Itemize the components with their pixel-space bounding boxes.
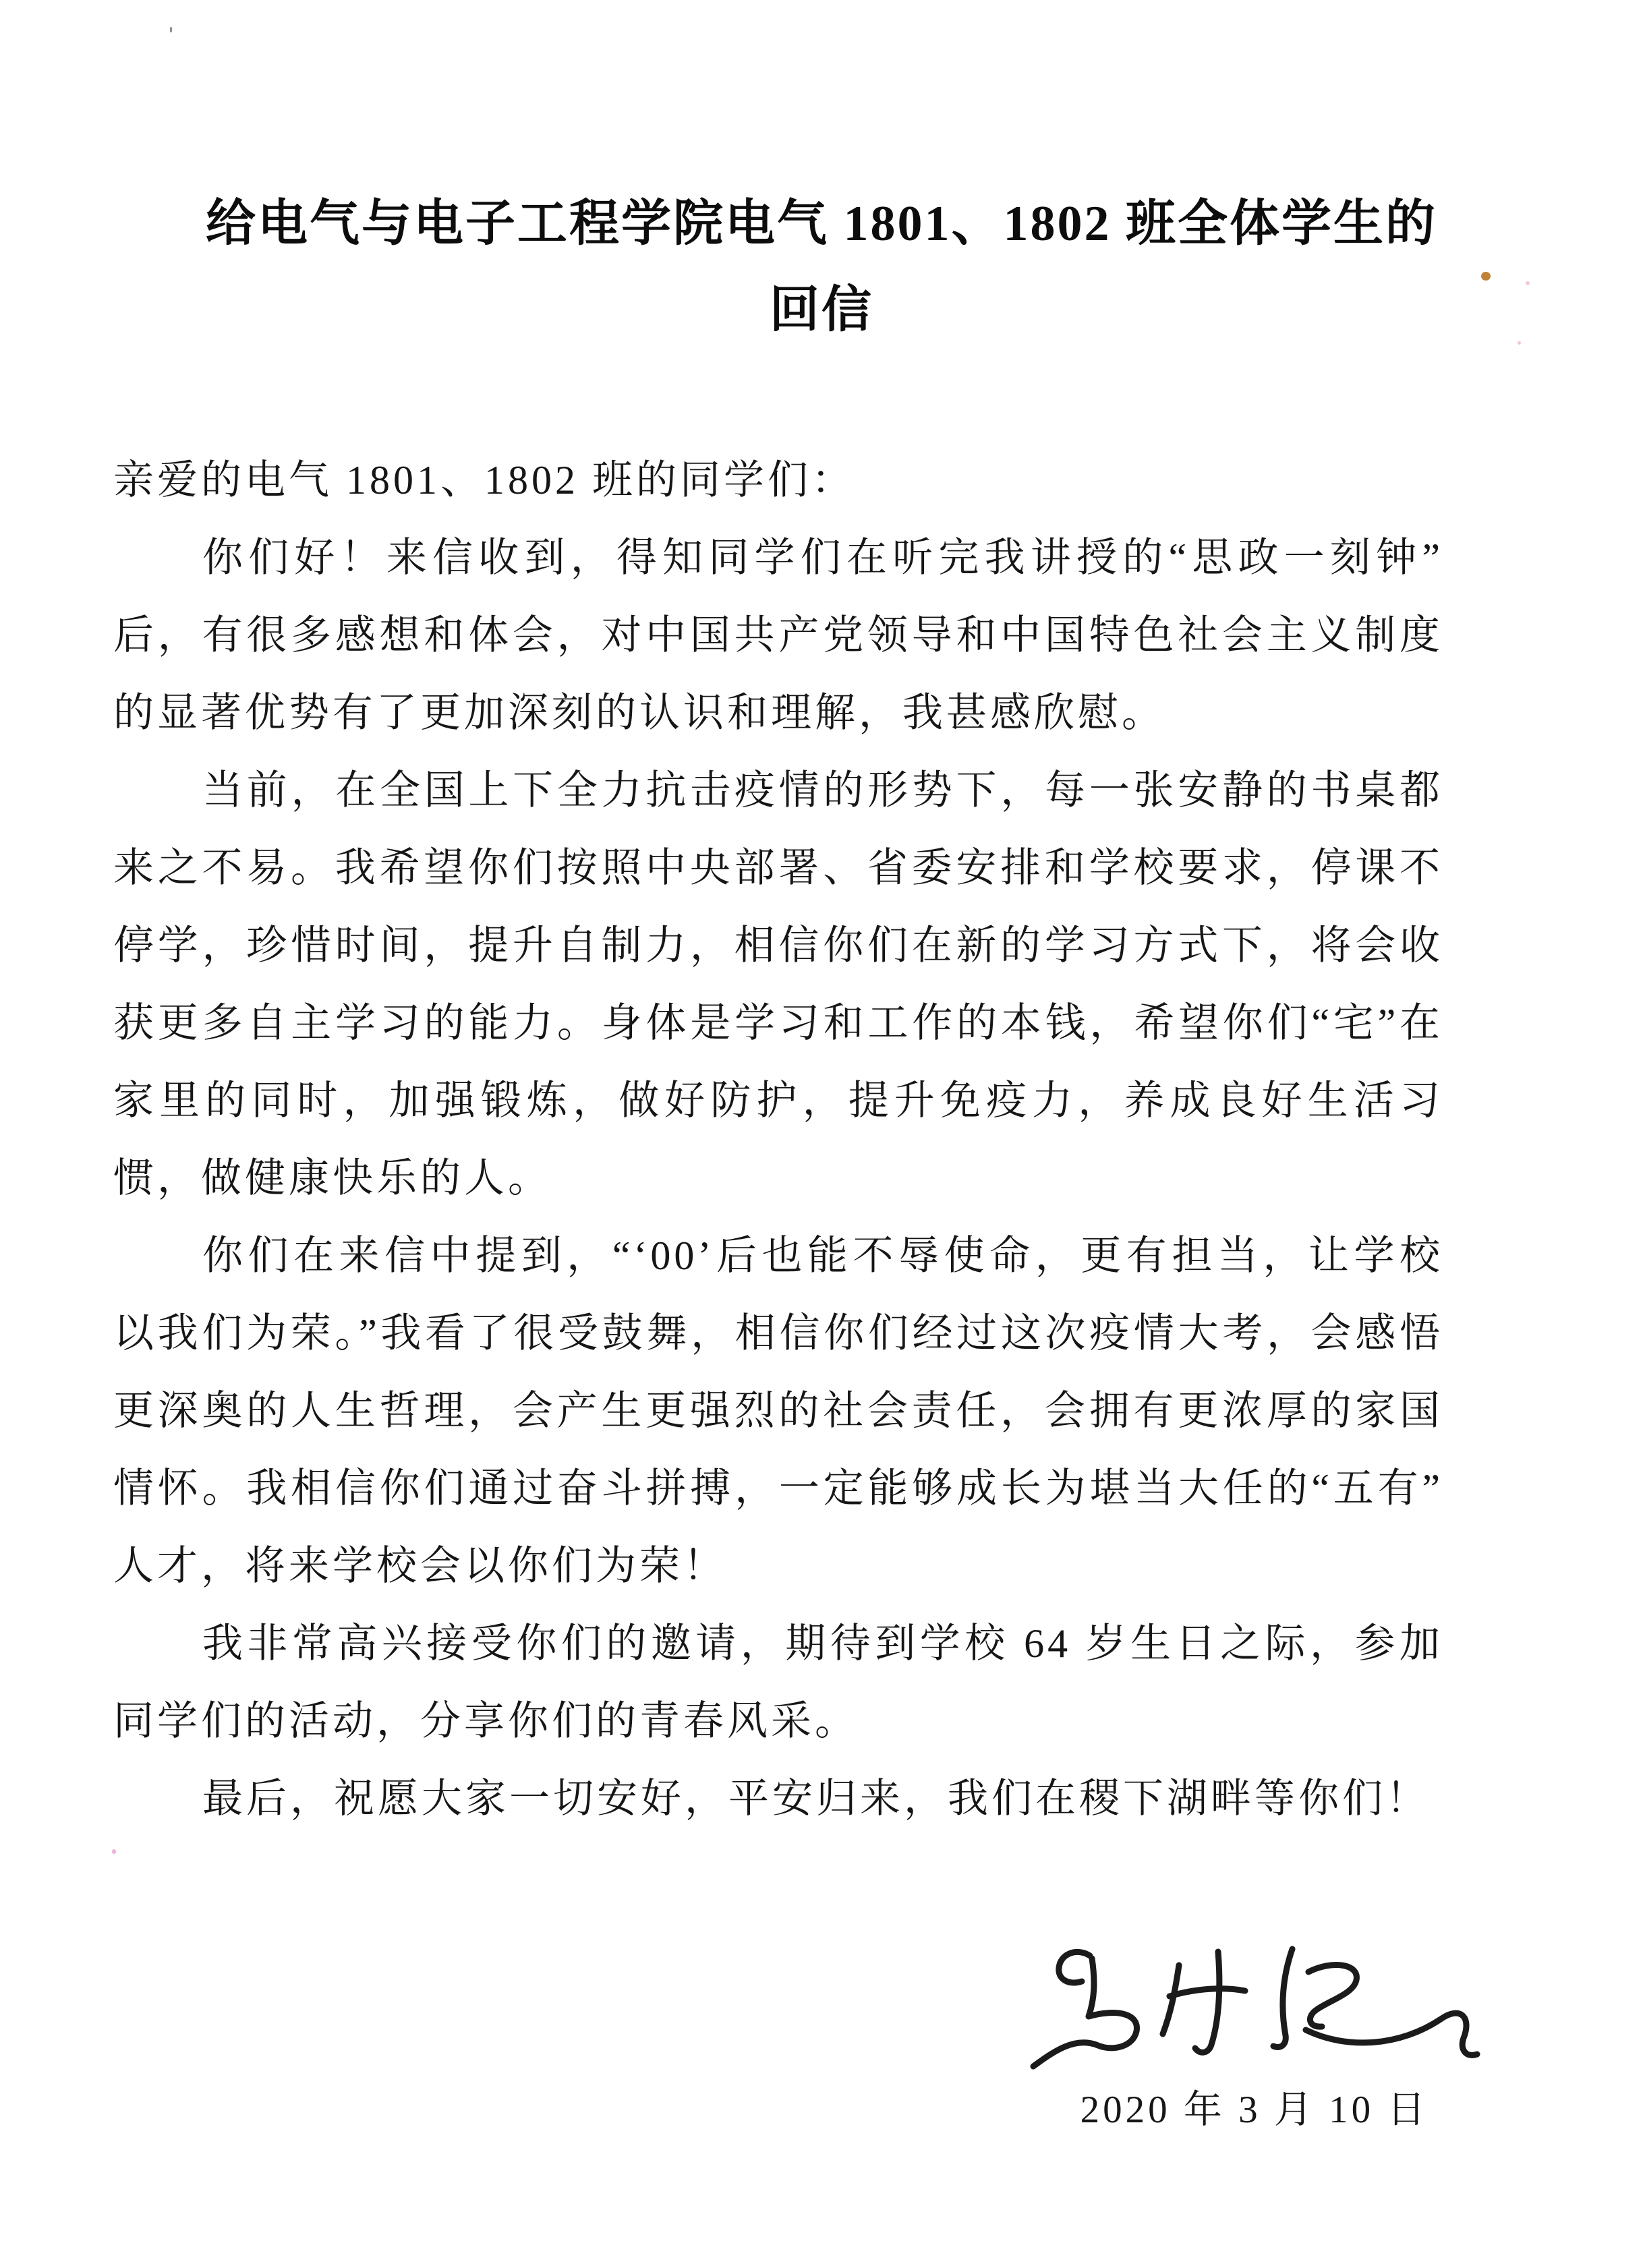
signature-strokes <box>1025 1926 1484 2074</box>
letter-paragraph: 你们好！来信收到，得知同学们在听完我讲授的“思政一刻钟”后，有很多感想和体会，对… <box>113 519 1443 752</box>
letter-paragraph: 我非常高兴接受你们的邀请，期待到学校 64 岁生日之际，参加同学们的活动，分享你… <box>113 1605 1443 1760</box>
letter-body: 亲爱的电气 1801、1802 班的同学们： 你们好！来信收到，得知同学们在听完… <box>113 442 1443 1838</box>
letter-page: 给电气与电子工程学院电气 1801、1802 班全体学生的 回信 亲爱的电气 1… <box>0 0 1643 2268</box>
letter-title-line2: 回信 <box>100 267 1543 353</box>
scan-speck-icon <box>170 27 172 32</box>
signature-handwriting <box>1025 1926 1484 2074</box>
letter-paragraph: 最后，祝愿大家一切安好，平安归来，我们在稷下湖畔等你们！ <box>113 1760 1443 1838</box>
letter-title-line1: 给电气与电子工程学院电气 1801、1802 班全体学生的 <box>100 181 1543 267</box>
letter-paragraph: 当前，在全国上下全力抗击疫情的形势下，每一张安静的书桌都来之不易。我希望你们按照… <box>113 752 1443 1217</box>
letter-salutation: 亲爱的电气 1801、1802 班的同学们： <box>113 442 1443 519</box>
scan-speck-icon <box>112 1849 116 1854</box>
letter-paragraph: 你们在来信中提到，“‘00’后也能不辱使命，更有担当，让学校以我们为荣。”我看了… <box>113 1217 1443 1605</box>
letter-date: 2020 年 3 月 10 日 <box>1025 2078 1484 2134</box>
letter-title: 给电气与电子工程学院电气 1801、1802 班全体学生的 回信 <box>100 181 1543 353</box>
